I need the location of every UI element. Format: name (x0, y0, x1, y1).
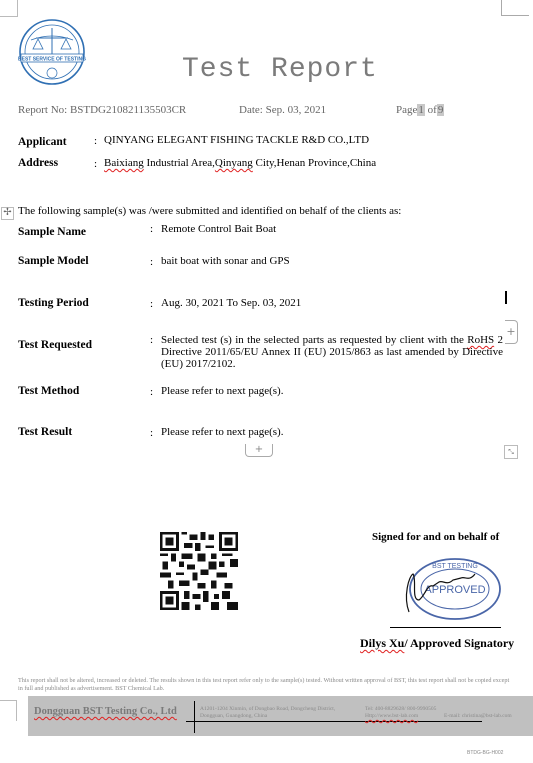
page-indicator: Page1 of9 (396, 104, 444, 116)
add-column-button[interactable]: + (505, 320, 518, 344)
address-label: Address (18, 157, 58, 169)
address-value: Baixiang Industrial Area,Qinyang City,He… (104, 157, 376, 169)
table-move-handle-icon[interactable]: ✢ (1, 207, 14, 220)
signed-for-text: Signed for and on behalf of (372, 531, 499, 543)
page-current[interactable]: 1 (417, 104, 425, 116)
page-corner-marker (501, 0, 529, 16)
test-requested-value: Selected test (s) in the selected parts … (161, 334, 503, 370)
test-result-label: Test Result (18, 426, 72, 438)
page-total[interactable]: 9 (437, 104, 445, 116)
footer-address: A1201-1204 Xinmin, of Dongbao Road, Dong… (200, 706, 335, 720)
applicant-value: QINYANG ELEGANT FISHING TACKLE R&D CO.,L… (104, 134, 369, 146)
colon: : (150, 386, 153, 398)
company-name: Dongguan BST Testing Co., Ltd (34, 706, 177, 717)
colon: : (150, 256, 153, 268)
disclaimer-text: This report shall not be altered, increa… (18, 677, 515, 693)
sample-name-label: Sample Name (18, 226, 86, 238)
colon: : (94, 135, 97, 147)
footer-divider (186, 721, 482, 722)
svg-text:BEST SERVICE OF TESTING: BEST SERVICE OF TESTING (18, 57, 86, 63)
page-corner-marker (0, 700, 17, 721)
sample-model-label: Sample Model (18, 255, 89, 267)
colon: : (94, 158, 97, 170)
colon: : (150, 223, 153, 235)
bst-logo-icon: BEST SERVICE OF TESTING (18, 18, 86, 86)
test-method-value: Please refer to next page(s). (161, 385, 283, 397)
test-method-label: Test Method (18, 385, 79, 397)
testing-period-value: Aug. 30, 2021 To Sep. 03, 2021 (161, 297, 301, 309)
table-resize-handle-icon[interactable]: ⤡ (504, 445, 518, 459)
page-label: Page (396, 104, 417, 116)
report-date: Date: Sep. 03, 2021 (239, 104, 326, 116)
intro-text: The following sample(s) was /were submit… (18, 205, 401, 217)
document-id: BTDG-BG-H002 (467, 750, 503, 756)
footer-email: E-mail: christina@bst-lab.com (444, 713, 512, 719)
footer-divider (194, 701, 195, 733)
testing-period-label: Testing Period (18, 297, 89, 309)
page-title: Test Report (182, 54, 378, 85)
footer-contact: Tel: 400-8829628/ 800-9990505 Http://www… (365, 706, 436, 720)
signature-line (390, 627, 501, 628)
qr-code-icon (160, 532, 238, 610)
signatory-name: Dilys Xu/ Approved Signatory (360, 636, 514, 651)
colon: : (150, 334, 153, 346)
text-cursor (505, 291, 507, 304)
approved-stamp-icon: BST TESTING APPROVED (397, 556, 503, 622)
colon: : (150, 298, 153, 310)
add-row-button[interactable]: + (245, 444, 273, 457)
test-result-value: Please refer to next page(s). (161, 426, 283, 438)
applicant-label: Applicant (18, 136, 67, 148)
sample-name-value: Remote Control Bait Boat (161, 223, 276, 235)
svg-text:BST TESTING: BST TESTING (432, 563, 478, 570)
colon: : (150, 427, 153, 439)
sample-model-value: bait boat with sonar and GPS (161, 255, 290, 267)
page-of: of (428, 104, 437, 116)
test-requested-label: Test Requested (18, 339, 92, 351)
page-corner-marker (0, 0, 18, 17)
report-number: Report No: BSTDG210821135503CR (18, 104, 186, 116)
